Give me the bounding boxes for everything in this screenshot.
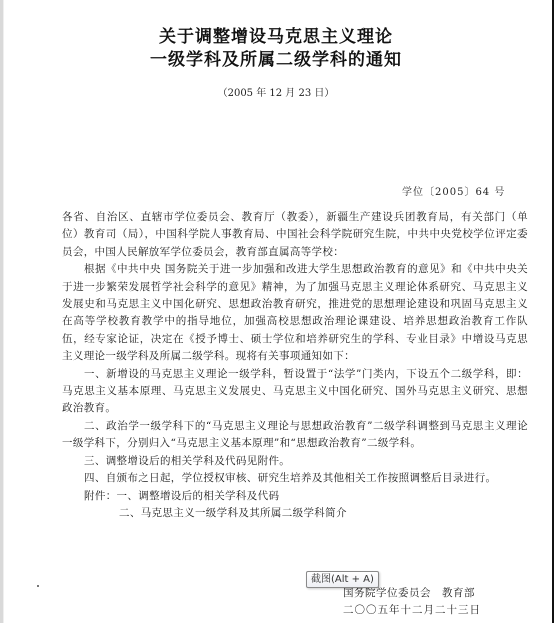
document-body: 各省、自治区、直辖市学位委员会、教育厅（教委），新疆生产建设兵团教育局，有关部门…: [62, 209, 528, 522]
item-3-paragraph: 三、调整增设后的相关学科及代码见附件。: [62, 453, 528, 470]
document-number: 学位〔2005〕64 号: [402, 183, 505, 198]
document-date: （2005 年 12 月 23 日）: [0, 84, 552, 99]
attachment-1: 附件：一、调整增设后的相关学科及代码: [62, 488, 528, 505]
document-page: 关于调整增设马克思主义理论 一级学科及所属二级学科的通知 （2005 年 12 …: [0, 0, 552, 623]
addressees-paragraph: 各省、自治区、直辖市学位委员会、教育厅（教委），新疆生产建设兵团教育局，有关部门…: [62, 209, 528, 261]
item-4-paragraph: 四、自颁布之日起，学位授权审核、研究生培养及其他相关工作按照调整后目录进行。: [62, 470, 528, 487]
item-2-paragraph: 二、政治学一级学科下的“马克思主义理论与思想政治教育”二级学科调整到马克思主义理…: [62, 418, 528, 453]
scan-speck: [37, 585, 39, 587]
signoff-date: 二〇〇五年十二月二十三日: [343, 602, 481, 617]
item-1-paragraph: 一、新增设的马克思主义理论一级学科，暂设置于“法学”门类内，下设五个二级学科，即…: [62, 366, 528, 418]
basis-paragraph: 根据《中共中央 国务院关于进一步加强和改进大学生思想政治教育的意见》和《中共中央…: [62, 261, 528, 365]
document-title-line-2: 一级学科及所属二级学科的通知: [0, 45, 552, 70]
attachment-2: 二、马克思主义一级学科及其所属二级学科简介: [62, 505, 528, 522]
screenshot-tooltip: 截图(Alt + A): [306, 571, 379, 588]
document-title-line-1: 关于调整增设马克思主义理论: [0, 22, 552, 47]
